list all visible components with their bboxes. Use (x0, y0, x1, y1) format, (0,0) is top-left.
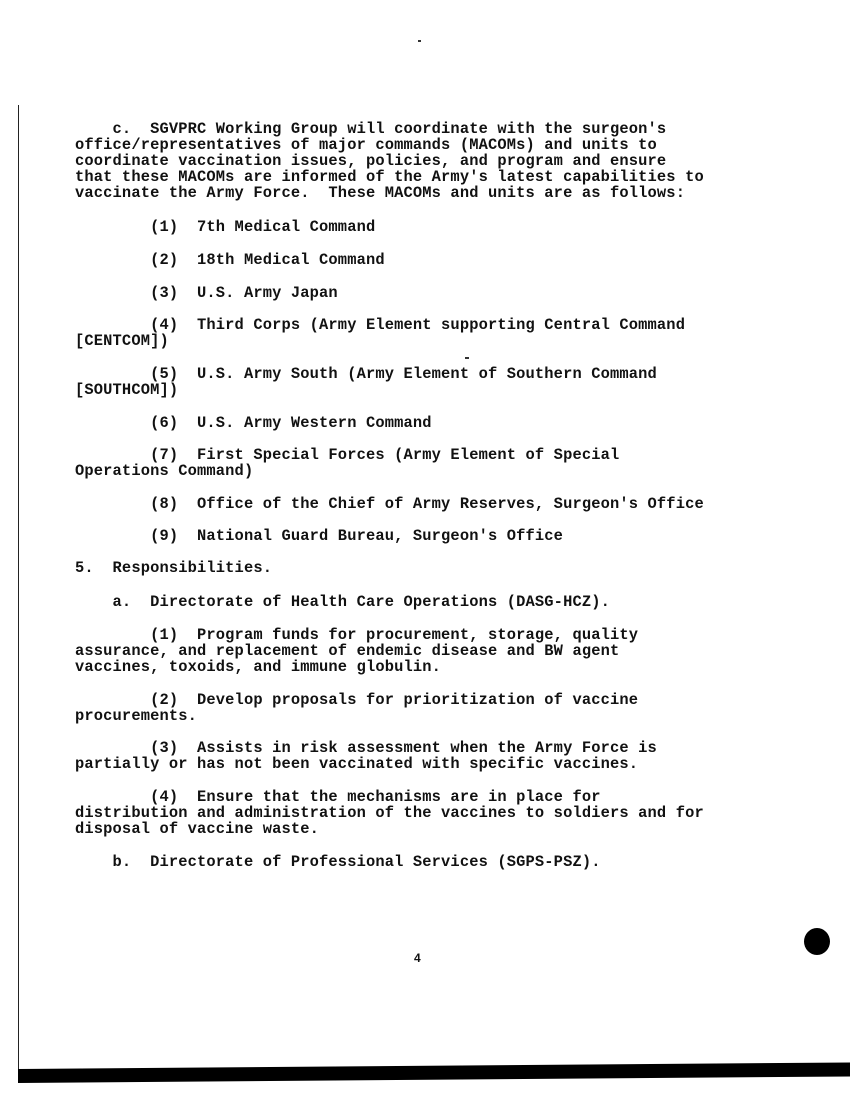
list-item-cont: partially or has not been vaccinated wit… (75, 756, 638, 773)
list-item-cont: [CENTCOM]) (75, 333, 169, 350)
list-item-cont: Operations Command) (75, 463, 253, 480)
list-item: (8) Office of the Chief of Army Reserves… (75, 496, 704, 513)
list-item: (2) 18th Medical Command (75, 252, 385, 269)
scan-speck (418, 40, 421, 42)
list-item-cont: procurements. (75, 708, 197, 725)
subsection-heading: a. Directorate of Health Care Operations… (75, 594, 610, 611)
scan-speck (465, 357, 469, 359)
subsection-heading: b. Directorate of Professional Services … (75, 854, 601, 871)
page-number: 4 (414, 951, 421, 965)
list-item-cont: vaccines, toxoids, and immune globulin. (75, 659, 441, 676)
text-line: vaccinate the Army Force. These MACOMs a… (75, 185, 685, 202)
list-item-cont: disposal of vaccine waste. (75, 821, 319, 838)
list-item: (6) U.S. Army Western Command (75, 415, 432, 432)
list-item: (3) U.S. Army Japan (75, 285, 338, 302)
list-item: (9) National Guard Bureau, Surgeon's Off… (75, 528, 563, 545)
punch-hole-mark (804, 928, 830, 955)
list-item-cont: [SOUTHCOM]) (75, 382, 178, 399)
section-heading: 5. Responsibilities. (75, 560, 272, 577)
list-item: (1) 7th Medical Command (75, 219, 375, 236)
page-left-border (18, 105, 19, 1080)
page-bottom-border (18, 1062, 850, 1083)
